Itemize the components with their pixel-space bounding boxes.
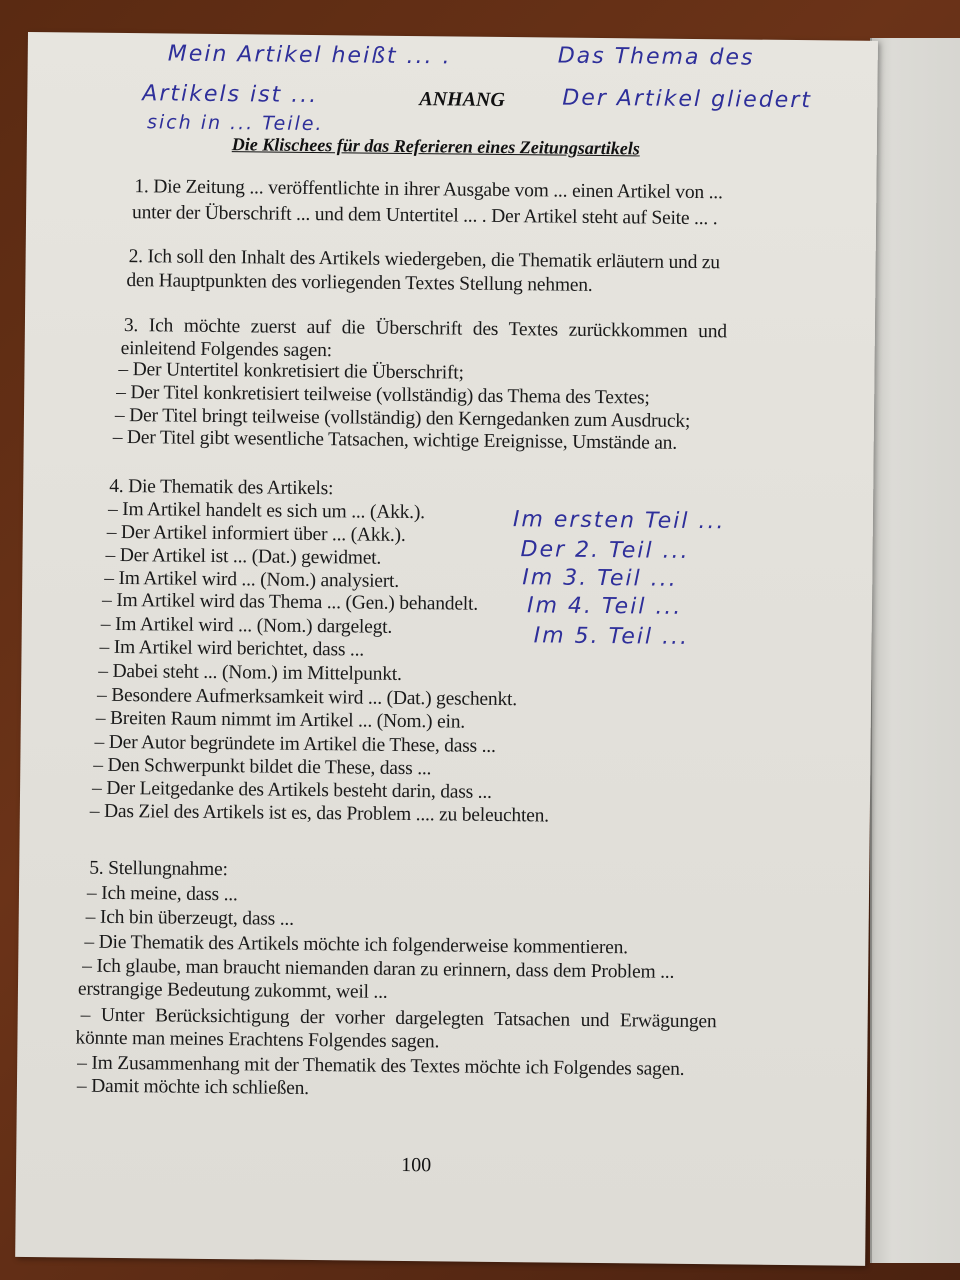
section-4-line: – Besondere Aufmerksamkeit wird ... (Dat… bbox=[97, 685, 517, 711]
section-4-line: – Der Leitgedanke des Artikels besteht d… bbox=[92, 778, 492, 804]
section-4-line: – Der Autor begründete im Artikel die Th… bbox=[94, 732, 495, 758]
handwritten-note: Artikels ist ... bbox=[142, 81, 318, 108]
handwritten-note: Der Artikel gliedert bbox=[562, 86, 812, 114]
handwritten-note: Im ersten Teil ... bbox=[513, 507, 726, 534]
section-4-line: – Den Schwerpunkt bildet die These, dass… bbox=[93, 755, 431, 781]
section-5-line: erstrangige Bedeutung zukommt, weil ... bbox=[78, 979, 388, 1004]
section-1-line: 1. Die Zeitung ... veröffentlichte in ih… bbox=[134, 176, 723, 204]
next-page-edge bbox=[870, 38, 960, 1263]
section-5-heading: 5. Stellungnahme: bbox=[89, 858, 228, 881]
section-4-line: – Das Ziel des Artikels ist es, das Prob… bbox=[90, 801, 549, 828]
section-4-line: – Im Artikel wird ... (Nom.) analysiert. bbox=[104, 568, 399, 593]
page-subtitle: Die Klischees für das Referieren eines Z… bbox=[232, 134, 640, 159]
section-4-line: – Dabei steht ... (Nom.) im Mittelpunkt. bbox=[98, 661, 402, 686]
section-4-line: – Im Artikel wird berichtet, dass ... bbox=[99, 637, 364, 662]
section-5-line: – Damit möchte ich schließen. bbox=[77, 1076, 309, 1100]
section-4-line: – Breiten Raum nimmt im Artikel ... (Nom… bbox=[96, 708, 465, 734]
section-3-line: – Der Untertitel konkretisiert die Übers… bbox=[118, 359, 463, 385]
handwritten-note: sich in ... Teile. bbox=[147, 111, 324, 135]
section-4-line: – Im Artikel handelt es sich um ... (Akk… bbox=[108, 499, 425, 524]
handwritten-note: Im 4. Teil ... bbox=[527, 593, 683, 620]
section-5-line: – Die Thematik des Artikels möchte ich f… bbox=[84, 932, 628, 960]
section-5-line: – Ich meine, dass ... bbox=[87, 883, 238, 907]
section-5-line: – Ich bin überzeugt, dass ... bbox=[86, 907, 294, 931]
page-title: ANHANG bbox=[419, 88, 505, 112]
section-4-line: – Der Artikel ist ... (Dat.) gewidmet. bbox=[105, 545, 381, 570]
section-4-line: – Im Artikel wird ... (Nom.) dargelegt. bbox=[101, 614, 393, 639]
handwritten-note: Im 3. Teil ... bbox=[522, 565, 678, 592]
handwritten-note: Im 5. Teil ... bbox=[534, 623, 690, 650]
section-4-line: – Der Artikel informiert über ... (Akk.)… bbox=[107, 522, 406, 547]
section-1-line: unter der Überschrift ... und dem Untert… bbox=[132, 202, 718, 230]
section-2-line: den Hauptpunkten des vorliegenden Textes… bbox=[126, 270, 592, 297]
page-number: 100 bbox=[401, 1154, 431, 1177]
book-page: Mein Artikel heißt ... . Das Thema des A… bbox=[15, 32, 878, 1266]
section-5-line: könnte man meines Erachtens Folgendes sa… bbox=[75, 1028, 439, 1054]
handwritten-note: Der 2. Teil ... bbox=[520, 537, 689, 564]
section-4-line: – Im Artikel wird das Thema ... (Gen.) b… bbox=[102, 590, 478, 616]
section-4-heading: 4. Die Thematik des Artikels: bbox=[109, 476, 333, 500]
section-3-line: – Der Titel gibt wesentliche Tatsachen, … bbox=[113, 427, 677, 455]
handwritten-note: Das Thema des bbox=[558, 44, 755, 71]
handwritten-note: Mein Artikel heißt ... . bbox=[168, 41, 452, 69]
